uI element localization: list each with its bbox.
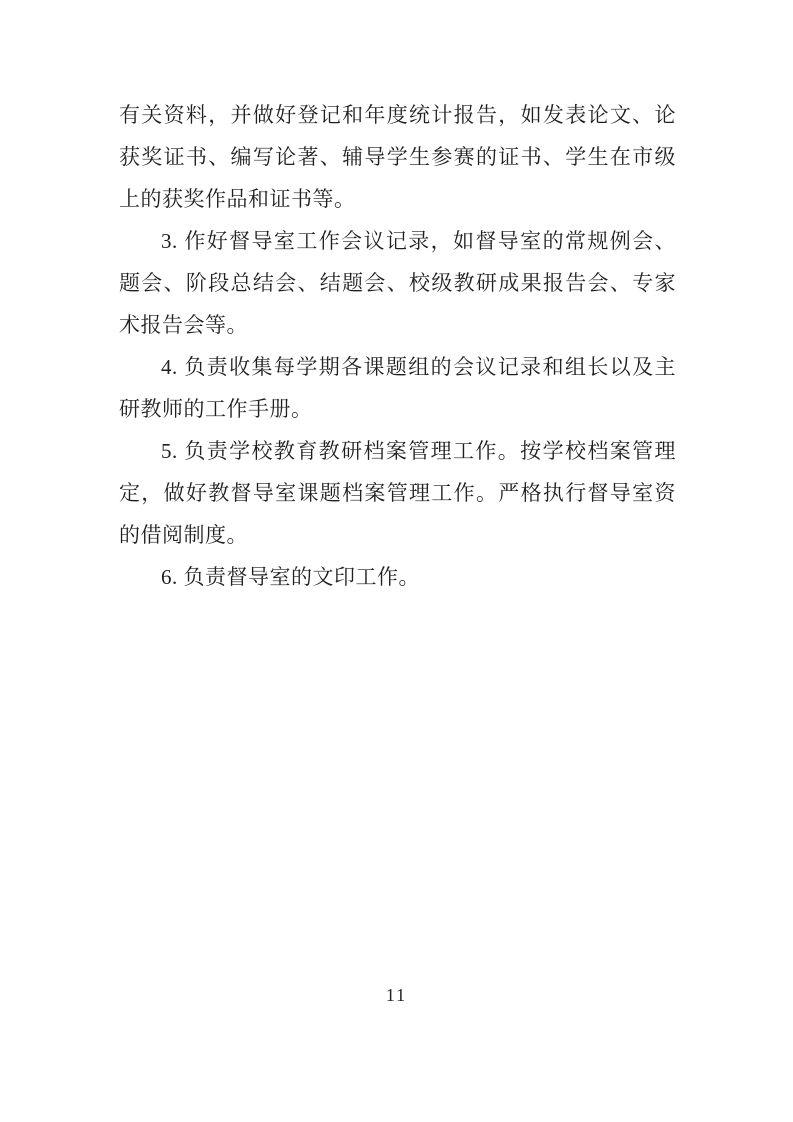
paragraph-line: 题会、阶段总结会、结题会、校级教研成果报告会、专家学: [119, 262, 676, 304]
paragraph-line: 定，做好教督导室课题档案管理工作。严格执行督导室资料: [119, 472, 676, 514]
paragraph-line: 3. 作好督导室工作会议记录，如督导室的常规例会、开: [119, 220, 676, 262]
paragraph: 有关资料，并做好登记和年度统计报告，如发表论文、论文获奖证书、编写论著、辅导学生…: [119, 94, 676, 220]
paragraph-line: 4. 负责收集每学期各课题组的会议记录和组长以及主: [119, 346, 676, 388]
paragraph-line: 的借阅制度。: [119, 514, 676, 556]
paragraph: 6. 负责督导室的文印工作。: [119, 556, 676, 598]
paragraph-line: 5. 负责学校教育教研档案管理工作。按学校档案管理规: [119, 430, 676, 472]
page-number: 11: [386, 985, 407, 1005]
paragraph: 4. 负责收集每学期各课题组的会议记录和组长以及主研教师的工作手册。: [119, 346, 676, 430]
paragraph-line: 术报告会等。: [119, 304, 676, 346]
paragraph-line: 研教师的工作手册。: [119, 388, 676, 430]
paragraph-line: 6. 负责督导室的文印工作。: [119, 556, 676, 598]
document-page: 有关资料，并做好登记和年度统计报告，如发表论文、论文获奖证书、编写论著、辅导学生…: [0, 0, 793, 1122]
paragraph-line: 上的获奖作品和证书等。: [119, 178, 676, 220]
document-body: 有关资料，并做好登记和年度统计报告，如发表论文、论文获奖证书、编写论著、辅导学生…: [119, 94, 676, 598]
page-footer: 11: [0, 981, 793, 1009]
paragraph: 3. 作好督导室工作会议记录，如督导室的常规例会、开题会、阶段总结会、结题会、校…: [119, 220, 676, 346]
paragraph-line: 获奖证书、编写论著、辅导学生参赛的证书、学生在市级以: [119, 136, 676, 178]
paragraph: 5. 负责学校教育教研档案管理工作。按学校档案管理规定，做好教督导室课题档案管理…: [119, 430, 676, 556]
paragraph-line: 有关资料，并做好登记和年度统计报告，如发表论文、论文: [119, 94, 676, 136]
